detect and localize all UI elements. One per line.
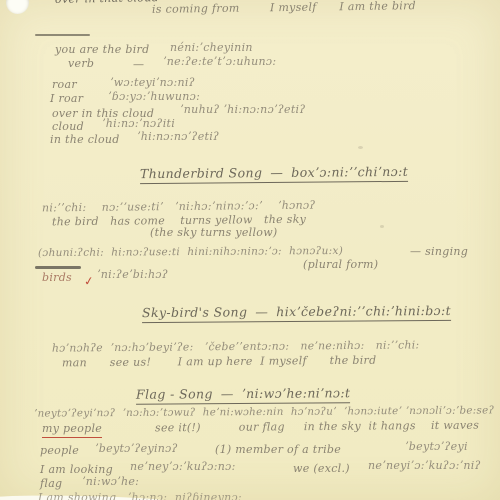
manuscript-page: over in that cloud is coming from I myse… (0, 0, 500, 500)
note-gloss: we (excl.) (293, 463, 350, 476)
vocab-phonetic: ʼwɔ:teyiʼnɔ:niʔ (110, 77, 195, 90)
vocab-phonetic: ʼhi:nɔ:nɔʼʔetiʔ (137, 131, 219, 144)
smudge-mark (380, 225, 384, 228)
plural-phonetic-line: (ɔhuni:ʔchi: hi:nɔ:ʔuse:ti hini:nihɔ:nin… (38, 245, 343, 259)
vocab-phonetic: ʼbeytɔʼʔeyinɔʔ (95, 443, 178, 456)
song-title-phonetic: hixʼčebeʔni:ʼʼchi:ʼhini:bɔ:t (276, 303, 451, 319)
vocab-gloss: I roar (50, 93, 83, 106)
phonetic-line: hɔʼnɔhʔe ʼnɔ:hɔʼbeyiʼʔe: ʼčebeʼʼentɔ:nɔ:… (52, 339, 420, 355)
partial-cutoff-line: I am showing ʼhɔ:nɔ: niʔɓineynɔ: (38, 492, 242, 500)
top-gloss-cut: over in that cloud (55, 0, 159, 7)
smudge-mark (358, 146, 363, 149)
short-divider (35, 266, 81, 269)
birds-phonetic: ʼni:ʔeʼbi:hɔʔ (97, 269, 168, 282)
vocab-gloss: verb (68, 58, 94, 71)
red-check-icon: ✓ (83, 274, 95, 289)
song-title-phonetic: boxʼɔ:ni:ʼʼchiʼnɔ:t (291, 164, 408, 180)
note-phonetic: ʼbeytɔʼʔeyi (405, 441, 468, 454)
song-title: Flag - Song (136, 386, 213, 402)
vocab-phonetic: neʼneyʼɔ:ʼkuʔɔ:nɔ: (130, 461, 236, 474)
song-title-phonetic: ʼni:wɔʼhe:niʼnɔ:t (242, 385, 351, 401)
vocab-gloss: people (40, 445, 79, 458)
hole-punch (6, 0, 29, 14)
dash-separator: — (255, 304, 268, 319)
song-title: Sky-bird's Song (142, 304, 247, 320)
vocab-gloss: you are the bird (55, 44, 149, 57)
vocab-phonetic: ʼne:ʔe:teʼtʼɔ:uhunɔ: (163, 56, 276, 69)
vocab-gloss: flag (40, 478, 62, 491)
paren-gloss: (the sky turns yellow) (150, 227, 278, 240)
dash-separator: — (270, 165, 283, 180)
vocab-phonetic: ʼni:wɔʼhe: (82, 476, 139, 489)
my-people-label: my people (42, 423, 102, 438)
song-heading-thunderbird: Thunderbird Song — boxʼɔ:ni:ʼʼchiʼnɔ:t (140, 164, 408, 184)
note-phonetic: neʼneyiʼɔ:ʼkuʔɔ:ʼniʔ (368, 460, 481, 473)
gloss-line: man see us! I am up here I myself the bi… (62, 355, 377, 370)
top-phrase: is coming from I myself I am the bird (152, 0, 416, 16)
singing-note: — singing (410, 246, 468, 259)
birds-label: birds (42, 272, 72, 285)
song-heading-skybird: Sky-bird's Song — hixʼčebeʔni:ʼʼchi:ʼhin… (142, 303, 451, 323)
song-heading-flag: Flag - Song — ʼni:wɔʼhe:niʼnɔ:t (136, 385, 351, 404)
vocab-phonetic: néni:ʼcheyinin (170, 42, 253, 55)
song-title: Thunderbird Song (140, 165, 262, 181)
vocab-phonetic: ʼhi:nɔ:ʼnɔʔiti (102, 118, 175, 131)
note-gloss: (1) member of a tribe (215, 444, 341, 457)
vocab-gloss: in the cloud (50, 134, 120, 147)
vocab-gloss: cloud (52, 121, 84, 134)
dash-separator: — (133, 59, 144, 72)
vocab-phonetic: ʼnuhuʔ ʼhi:nɔ:nɔʼʔetiʔ (180, 104, 306, 117)
vocab-phonetic: ʼɓɔ:yɔ:ʼhuwunɔ: (108, 91, 200, 104)
section-divider (35, 34, 90, 36)
dash-separator: — (221, 386, 234, 401)
vocab-gloss: roar (52, 79, 77, 92)
gloss-line: see it(!) our flag in the sky it hangs i… (155, 420, 479, 435)
plural-form-note: (plural form) (303, 259, 378, 272)
